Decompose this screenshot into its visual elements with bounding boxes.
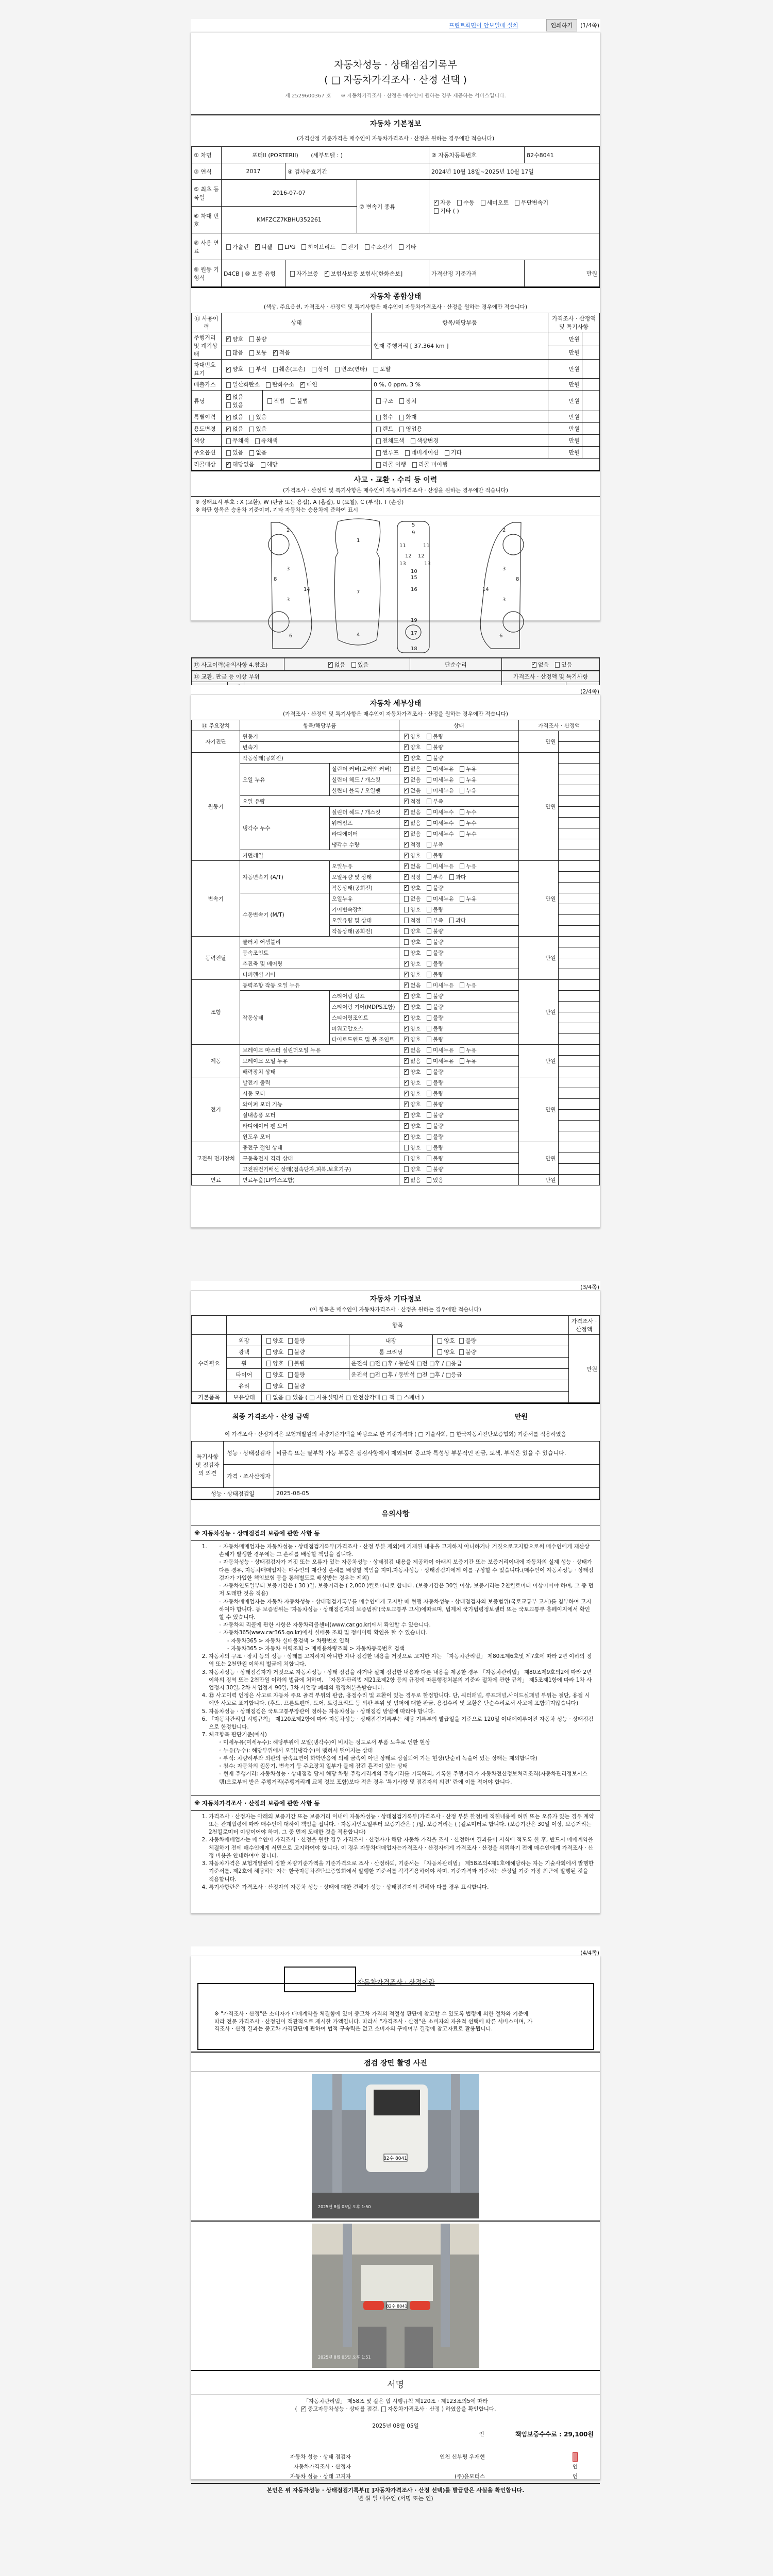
checkbox[interactable] [427,939,431,945]
checkbox[interactable] [226,402,231,408]
checkbox[interactable] [381,2406,386,2412]
checkbox[interactable] [434,200,439,206]
checkbox[interactable] [427,842,431,848]
checkbox[interactable] [427,1134,431,1140]
checkbox[interactable] [427,734,431,739]
checkbox[interactable] [427,1101,431,1107]
svg-text:3: 3 [502,597,506,603]
svg-text:1: 1 [357,538,360,544]
checkbox[interactable] [404,1037,409,1042]
checkbox[interactable] [404,961,409,967]
checkbox[interactable] [291,398,295,404]
checkbox[interactable] [376,450,381,456]
checkbox[interactable] [404,863,409,869]
checkbox[interactable] [404,799,409,804]
checkbox[interactable] [404,928,409,934]
checkbox[interactable] [404,1101,409,1107]
checkbox[interactable] [427,896,431,902]
checkbox[interactable] [445,450,449,456]
detail-table: ⑭ 주요장치항목/해당부품상태가격조사 · 산정액자기진단원동기양호 불량 만원… [191,720,600,1185]
checkbox[interactable] [255,244,260,250]
svg-text:12: 12 [405,553,412,559]
svg-text:11: 11 [423,543,430,549]
checkbox[interactable] [249,336,254,342]
photo-front[interactable]: 82수 80412025년 8월 05일 오후 1:50 [191,2074,600,2222]
checkbox[interactable] [399,398,404,404]
checkbox[interactable] [460,831,464,837]
checkbox[interactable] [427,1112,431,1118]
overall-table: ⑪ 사용이력상태항목/해당부품가격조사 · 산정액 및 특기사항 주행거리 및 … [191,313,600,470]
checkbox[interactable] [404,1080,409,1086]
checkbox[interactable] [404,972,409,977]
svg-text:82수 8041: 82수 8041 [386,2304,408,2309]
checkbox[interactable] [427,1177,431,1183]
svg-text:5: 5 [412,522,415,528]
checkbox[interactable] [532,662,536,668]
checkbox[interactable] [449,918,454,923]
checkbox[interactable] [266,1361,271,1366]
checkbox[interactable] [376,427,381,432]
checkbox[interactable] [460,809,464,815]
checkbox[interactable] [288,1349,293,1355]
svg-text:2025년 8월 05일 오후 1:51: 2025년 8월 05일 오후 1:51 [318,2354,371,2360]
doc-title: 자동차성능 · 상태점검기록부( □ 자동차가격조사 · 산정 선택 ) [191,32,600,86]
svg-text:6: 6 [499,633,502,639]
checkbox[interactable] [301,244,306,250]
checkbox[interactable] [226,415,231,420]
checkbox[interactable] [278,244,283,250]
checkbox[interactable] [460,982,464,988]
checkbox[interactable] [226,462,231,468]
svg-text:14: 14 [304,587,310,592]
svg-text:17: 17 [411,631,417,636]
checkbox[interactable] [434,208,439,214]
checkbox[interactable] [427,1156,431,1161]
basic-info-table: ① 차명포터II (PORTERII) (세부모델 : )② 자동차등록번호82… [191,146,600,287]
checkbox[interactable] [459,1349,464,1355]
checkbox[interactable] [427,1145,431,1150]
checkbox[interactable] [481,200,485,206]
checkbox[interactable] [427,1047,431,1053]
svg-text:2025년 8월 05일 오후 1:50: 2025년 8월 05일 오후 1:50 [318,2204,371,2209]
checkbox[interactable] [266,1395,271,1400]
accident-history-table: ⑫ 사고이력(유의사항 4.참조)없음 있음 단순수리없음 있음 [191,658,600,671]
checkbox[interactable] [404,1145,409,1150]
checkbox[interactable] [404,982,409,988]
checkbox[interactable] [266,1349,271,1355]
checkbox[interactable] [460,766,464,772]
checkbox[interactable] [427,809,431,815]
checkbox[interactable] [273,350,278,356]
table-row: 고전원 전기장치충전구 절연 상태양호 불량 만원 [192,1142,600,1153]
checkbox[interactable] [312,367,316,372]
checkbox[interactable] [404,874,409,880]
caution-h1: ※ 자동차성능 · 상태점검의 보증에 관한 사항 등 [191,1526,600,1541]
checkbox[interactable] [404,1047,409,1053]
checkbox[interactable] [404,1015,409,1021]
checkbox[interactable] [427,766,431,772]
checkbox[interactable] [325,271,329,277]
checkbox[interactable] [427,993,431,999]
about-box: 자동차가격조사 · 산정이란 ※ "가격조사 · 산정"은 소비자가 매매계약을… [191,1956,600,2052]
checkbox[interactable] [427,777,431,783]
photo-rear[interactable]: 82수 80412025년 8월 05일 오후 1:51 [191,2224,600,2368]
accident-header: 사고 · 교환 · 수리 등 이력(가격조사 · 산정액 및 특기사항은 매수인… [191,470,600,496]
checkbox[interactable] [427,907,431,912]
svg-text:13: 13 [424,561,431,567]
top-toolbar: 프린트화면이 안보일때 설치 인쇄하기 (1/4쪽) [191,19,600,31]
checkbox[interactable] [459,1338,464,1344]
checkbox[interactable] [267,398,272,404]
checkbox[interactable] [376,415,381,420]
checkbox[interactable] [427,1091,431,1096]
doc-number: 제 2529600367 호 ※ 자동차가격조사 · 산정은 매수인이 원하는 … [191,86,600,114]
checkbox[interactable] [404,885,409,891]
checkbox[interactable] [427,1004,431,1010]
checkbox[interactable] [226,367,231,372]
checkbox[interactable] [226,394,231,400]
fee: 책임보증수수료 : 29,100원 [515,2430,594,2438]
checkbox[interactable] [328,662,333,668]
checkbox[interactable] [404,788,409,793]
checkbox[interactable] [261,462,265,468]
photo-header: 점검 장면 촬영 사진 [191,2052,600,2072]
checkbox[interactable] [427,918,431,923]
checkbox[interactable] [335,367,340,372]
checkbox[interactable] [399,427,404,432]
signer-row: 자동차 성능 · 상태 점검자인천 신부평 우재현 [191,2452,600,2462]
page-4: 자동차가격조사 · 산정이란 ※ "가격조사 · 산정"은 소비자가 매매계약을… [191,1956,600,2480]
table-row: 변속기자동변속기 (A/T)오일누유없음 미세누유 누유 만원 [192,861,600,872]
caution-header: 유의사항 [191,1499,600,1526]
checkbox[interactable] [226,438,231,444]
checkbox[interactable] [460,820,464,826]
checkbox[interactable] [300,382,305,388]
checkbox[interactable] [249,367,254,372]
car-diagram: 2381436 174 59111112121313101516191718 2… [191,516,600,658]
signature-header: 서명 [191,2370,600,2395]
receipt: 본인은 위 자동차성능 · 상태점검기록부([ ]자동차가격조사 · 산정 선택… [191,2483,600,2504]
checkbox[interactable] [376,438,381,444]
checkbox[interactable] [255,438,260,444]
checkbox[interactable] [404,907,409,912]
car-outline-icon: 2381436 174 59111112121313101516191718 2… [191,516,601,658]
checkbox[interactable] [404,939,409,945]
checkbox[interactable] [404,918,409,923]
table-row: 동력전달클러치 어셈블리양호 불량 만원 [192,937,600,947]
checkbox[interactable] [404,1166,409,1172]
checkbox[interactable] [412,462,417,468]
checkbox[interactable] [427,972,431,977]
svg-text:16: 16 [411,587,417,592]
caution-list-2: 가격조사 · 산정자는 아래의 보증기간 또는 보증거리 이내에 자동차성능 ·… [191,1811,600,1893]
checkbox[interactable] [460,863,464,869]
checkbox[interactable] [404,744,409,750]
checkbox[interactable] [404,950,409,956]
final-price: 최종 가격조사 · 산정 금액만원 [191,1403,600,1424]
checkbox[interactable] [427,863,431,869]
checkbox[interactable] [411,438,415,444]
checkbox[interactable] [226,350,231,356]
svg-text:18: 18 [411,646,417,652]
checkbox[interactable] [427,1166,431,1172]
checkbox[interactable] [404,1134,409,1140]
checkbox[interactable] [404,896,409,902]
checkbox[interactable] [301,2406,306,2412]
checkbox[interactable] [266,1372,271,1378]
table-row: 연료연료누출(LP가스포함)없음 있음 만원 [192,1175,600,1185]
checkbox[interactable] [460,788,464,793]
page-indicator: (1/4쪽) [580,21,599,29]
checkbox[interactable] [460,896,464,902]
svg-text:3: 3 [287,597,290,603]
checkbox[interactable] [374,367,378,372]
checkbox[interactable] [427,1026,431,1031]
checkbox[interactable] [249,350,254,356]
checkbox[interactable] [404,842,409,848]
svg-text:12: 12 [418,553,425,559]
legend: ※ 상태표시 부호 : X (교환), W (판금 또는 용접), A (흠집)… [191,496,600,516]
checkbox[interactable] [351,662,356,668]
table-row: 원동기작동상태(공회전)양호 불량 만원 [192,753,600,764]
checkbox[interactable] [427,874,431,880]
checkbox[interactable] [427,1123,431,1129]
checkbox[interactable] [288,1361,293,1366]
checkbox[interactable] [427,982,431,988]
warranty-options: 자가보증 보험사보증 보험사[한화손보] [285,260,429,287]
svg-text:6: 6 [289,633,292,639]
svg-text:4: 4 [357,632,360,638]
table-row: 제동브레이크 마스터 실린더오일 누유없음 미세누유 누유 만원 [192,1045,600,1056]
checkbox[interactable] [405,450,410,456]
table-row: 전기발전기 출력양호 불량 만원 [192,1077,600,1088]
checkbox[interactable] [427,1058,431,1064]
checkbox[interactable] [226,427,231,432]
print-button[interactable]: 인쇄하기 [546,19,578,31]
checkbox[interactable] [438,1338,442,1344]
checkbox[interactable] [427,961,431,967]
checkbox[interactable] [427,1069,431,1075]
checkbox[interactable] [404,1156,409,1161]
checkbox[interactable] [404,734,409,739]
checkbox[interactable] [427,744,431,750]
page-1: 자동차성능 · 상태점검기록부( □ 자동차가격조사 · 산정 선택 ) 제 2… [191,32,600,621]
checkbox[interactable] [515,200,519,206]
page-2: 자동차 세부상태(가격조사 · 산정액 및 특기사항은 매수인이 자동차가격조사… [191,694,600,1228]
etc-table: 항목가격조사 · 산정액 수리필요외장양호 불량내장양호 불량만원 광택양호 불… [191,1315,600,1403]
svg-text:8: 8 [516,577,519,582]
opinion-table: 특기사항 및 점검자의 의견성능 · 상태점검자비금속 또는 탈부착 가능 부품… [191,1441,600,1499]
checkbox[interactable] [404,809,409,815]
checkbox[interactable] [427,950,431,956]
etc-header: 자동차 기타정보(이 항목은 매수인이 자동차가격조사 · 산정을 원하는 경우… [191,1291,600,1315]
checkbox[interactable] [404,853,409,858]
caution-h2: ※ 자동차가격조사 · 산정의 보증에 관한 사항 등 [191,1795,600,1811]
checkbox[interactable] [342,244,346,250]
checkbox[interactable] [266,382,271,388]
checkbox[interactable] [555,662,560,668]
checkbox[interactable] [288,1338,293,1344]
price-basis: 이 가격조사 · 산정가격은 보험개발원의 차량기준가액을 바탕으로 한 기준가… [191,1424,600,1441]
page-3: 자동차 기타정보(이 항목은 매수인이 자동차가격조사 · 산정을 원하는 경우… [191,1290,600,1913]
checkbox[interactable] [288,1383,293,1389]
checkbox[interactable] [376,462,381,468]
svg-text:2: 2 [502,528,506,533]
checkbox[interactable] [427,1015,431,1021]
detail-header: 자동차 세부상태(가격조사 · 산정액 및 특기사항은 매수인이 자동차가격조사… [191,695,600,720]
checkbox[interactable] [404,766,409,772]
checkbox[interactable] [404,777,409,783]
basic-info-header: 자동차 기본정보(가격산정 기준가격은 매수인이 자동차가격조사 · 산정을 원… [191,114,600,146]
checkbox[interactable] [404,1069,409,1075]
checkbox[interactable] [399,244,404,250]
fuel-options: 가솔린 디젤 LPG 하이브리드 전기 수소전기 기타 [222,233,600,260]
checkbox[interactable] [427,928,431,934]
checkbox[interactable] [460,1058,464,1064]
checkbox[interactable] [427,1080,431,1086]
checkbox[interactable] [404,1004,409,1010]
checkbox[interactable] [249,415,254,420]
caution-list-1: 자동차매매업자는 자동차성능 · 상태점검기록부(가격조사 · 산정 부분 제외… [191,1541,600,1788]
checkbox[interactable] [376,398,381,404]
checkbox[interactable] [288,1372,293,1378]
checkbox[interactable] [404,1091,409,1096]
svg-text:15: 15 [411,575,417,581]
checkbox[interactable] [404,1112,409,1118]
checkbox[interactable] [457,200,462,206]
checkbox[interactable] [427,799,431,804]
checkbox[interactable] [449,874,454,880]
svg-text:14: 14 [482,587,489,592]
checkbox[interactable] [438,1349,442,1355]
checkbox[interactable] [427,788,431,793]
svg-text:3: 3 [287,566,290,572]
svg-text:10: 10 [411,569,417,574]
checkbox[interactable] [226,382,231,388]
checkbox[interactable] [404,831,409,837]
signer-row: 자동차 성능 · 상태 고지자(주)윤모터스인 [191,2471,600,2481]
seal-stamp-icon [573,2452,578,2462]
checkbox[interactable] [266,1383,271,1389]
checkbox[interactable] [249,450,254,456]
install-print-link[interactable]: 프린트화면이 안보일때 설치 [449,21,518,29]
checkbox[interactable] [427,1037,431,1042]
checkbox[interactable] [427,853,431,858]
checkbox[interactable] [273,367,278,372]
checkbox[interactable] [290,271,295,277]
checkbox[interactable] [226,336,231,342]
svg-text:9: 9 [412,530,415,536]
svg-text:19: 19 [411,618,417,623]
checkbox[interactable] [226,450,231,456]
checkbox[interactable] [249,427,254,432]
checkbox[interactable] [266,1338,271,1344]
checkbox[interactable] [427,755,431,761]
svg-text:7: 7 [357,589,360,595]
checkbox[interactable] [404,1177,409,1183]
checkbox[interactable] [427,820,431,826]
checkbox[interactable] [399,415,404,420]
checkbox[interactable] [404,1026,409,1031]
checkbox[interactable] [404,820,409,826]
svg-text:82수 8041: 82수 8041 [383,2156,407,2161]
svg-text:13: 13 [399,561,406,567]
checkbox[interactable] [460,1047,464,1053]
transmission-options: 자동 수동 세미오토 무단변속기 기타 ( ) [429,180,600,233]
svg-text:2: 2 [287,528,290,533]
checkbox[interactable] [404,993,409,999]
checkbox[interactable] [460,777,464,783]
table-row: 조향동력조향 작동 오일 누유없음 미세누유 누유 만원 [192,980,600,991]
checkbox[interactable] [226,244,231,250]
checkbox[interactable] [404,1123,409,1129]
table-row: 자기진단원동기양호 불량 만원 [192,731,600,742]
checkbox[interactable] [404,755,409,761]
svg-text:3: 3 [502,566,506,572]
checkbox[interactable] [427,831,431,837]
checkbox[interactable] [427,885,431,891]
signature-block: 「자동차관리법」 제58조 및 같은 법 시행규칙 제120조 · 제123조의… [191,2395,600,2483]
svg-text:8: 8 [274,577,277,582]
checkbox[interactable] [404,1058,409,1064]
signer-row: 자동차가격조사 · 산정자인 [191,2462,600,2471]
checkbox[interactable] [365,244,369,250]
svg-text:11: 11 [399,543,406,549]
overall-header: 자동차 종합상태(색상, 주요옵션, 가격조사 · 산정액 및 특기사항은 매수… [191,287,600,313]
